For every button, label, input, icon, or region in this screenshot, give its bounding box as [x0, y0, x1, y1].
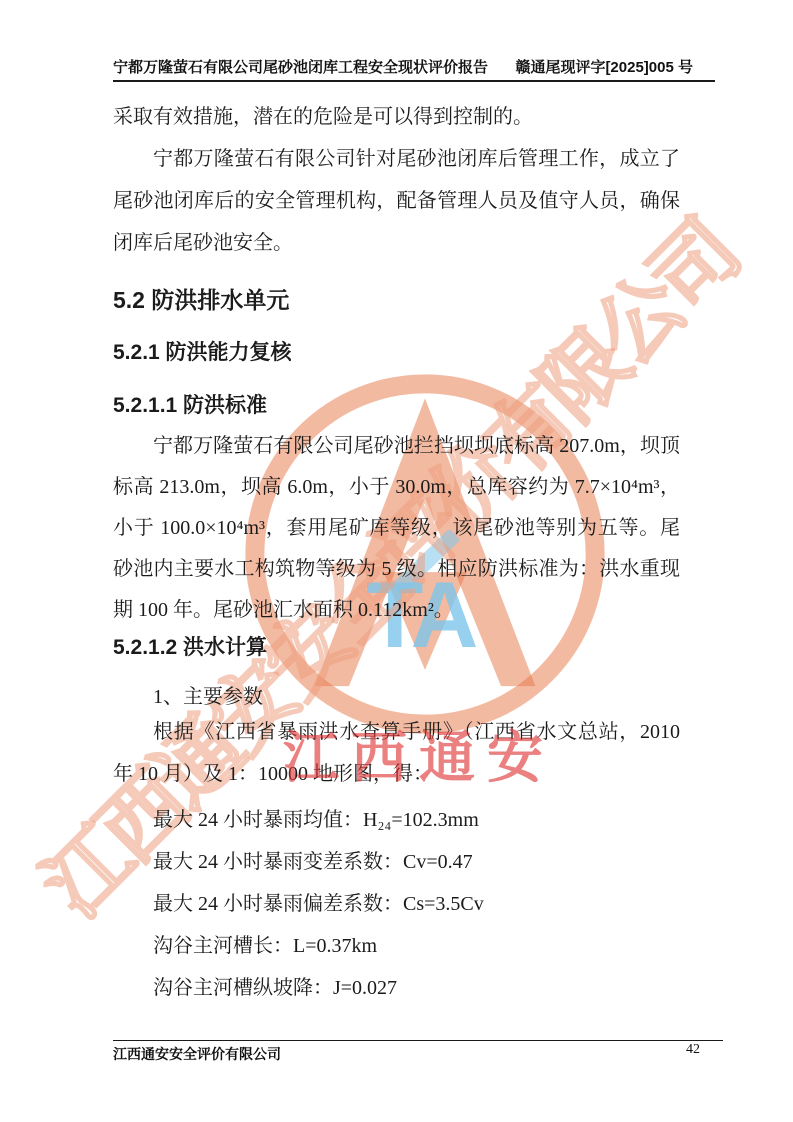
- param-line-channel-length: 沟谷主河槽长：L=0.37km: [113, 925, 720, 967]
- heading-5-2-1-2: 5.2.1.2 洪水计算: [113, 634, 680, 662]
- heading-5-2-1-1: 5.2.1.1 防洪标准: [113, 392, 680, 420]
- footer-rule: [113, 1040, 723, 1041]
- footer-company-name: 江西通安安全评价有限公司: [113, 1044, 281, 1064]
- param-line-rain-mean: 最大 24 小时暴雨均值：H₂₄=102.3mm: [113, 799, 720, 841]
- header-report-title: 宁都万隆萤石有限公司尾砂池闭库工程安全现状评价报告: [113, 56, 488, 77]
- heading-5-2-1: 5.2.1 防洪能力复核: [113, 339, 680, 367]
- footer-page-number: 42: [686, 1042, 700, 1058]
- heading-5-2: 5.2 防洪排水单元: [113, 285, 680, 315]
- header-rule: [113, 80, 715, 82]
- paragraph-basis: 根据《江西省暴雨洪水查算手册》（江西省水文总站，2010 年 10 月）及 1：…: [113, 711, 680, 795]
- param-line-channel-slope: 沟谷主河槽纵坡降：J=0.027: [113, 967, 720, 1009]
- document-page: TA 江西通安安全评价有限公司 宁都万隆萤石有限公司尾砂池闭库工程安全现状评价报…: [0, 0, 793, 1122]
- param-line-cv: 最大 24 小时暴雨变差系数：Cv=0.47: [113, 841, 720, 883]
- paragraph-flood-standard: 宁都万隆萤石有限公司尾砂池拦挡坝坝底标高 207.0m，坝顶标高 213.0m，…: [113, 426, 680, 631]
- param-line-cs: 最大 24 小时暴雨偏差系数：Cs=3.5Cv: [113, 883, 720, 925]
- header-document-number: 赣通尾现评字[2025]005 号: [515, 56, 693, 77]
- paragraph-conclusion-tail: 采取有效措施，潜在的危险是可以得到控制的。: [113, 96, 680, 138]
- paragraph-management: 宁都万隆萤石有限公司针对尾砂池闭库后管理工作，成立了尾砂池闭库后的安全管理机构，…: [113, 138, 680, 264]
